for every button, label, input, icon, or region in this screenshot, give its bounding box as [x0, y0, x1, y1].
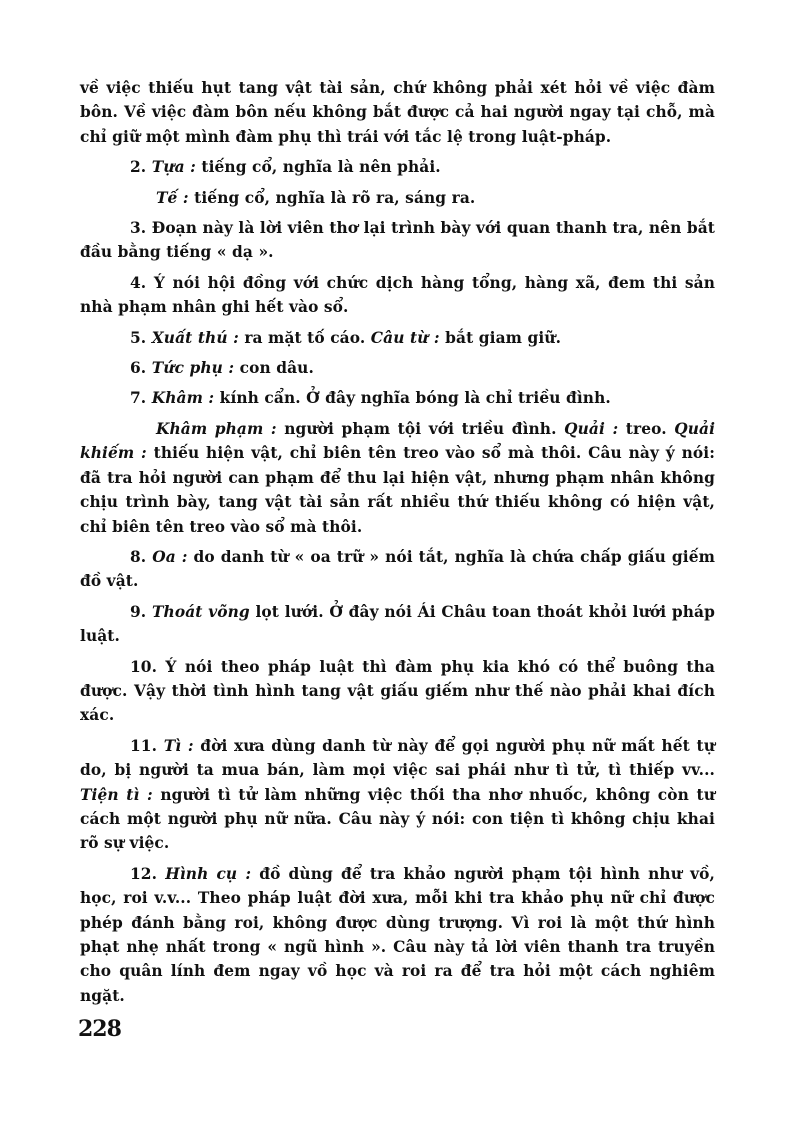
note-number: 2. [130, 158, 146, 176]
note-term: Khâm phạm : [156, 420, 277, 438]
note-number: 8. [130, 548, 146, 566]
note-term: Oa : [152, 548, 187, 566]
note-text: tiếng cổ, nghĩa là rõ ra, sáng ra. [189, 189, 476, 207]
note-term: Tế : [156, 189, 189, 207]
note-text-2: treo. [618, 420, 674, 438]
note-text-2: người tì tử làm những việc thối tha nhơ … [80, 786, 715, 853]
note-term-2: Tiện tì : [80, 786, 153, 804]
note-term: Tì : [164, 737, 194, 755]
note-text: con dâu. [234, 359, 314, 377]
note-12: 12. Hình cụ : đồ dùng để tra khảo người … [80, 862, 715, 1008]
note-number: 7. [130, 389, 146, 407]
note-text-2: bắt giam giữ. [440, 329, 561, 347]
note-number: 10. [130, 658, 157, 676]
note-3: 3. Đoạn này là lời viên thơ lại trình bà… [80, 216, 715, 265]
note-9: 9. Thoát võng lọt lưới. Ở đây nói Ái Châ… [80, 600, 715, 649]
note-6: 6. Tức phụ : con dâu. [80, 356, 715, 380]
note-number: 12. [130, 865, 157, 883]
note-2-sub: Tế : tiếng cổ, nghĩa là rõ ra, sáng ra. [80, 186, 715, 210]
note-text: Đoạn này là lời viên thơ lại trình bày v… [80, 219, 715, 261]
page-number: 228 [78, 1016, 121, 1042]
note-4: 4. Ý nói hội đồng với chức dịch hàng tổn… [80, 271, 715, 320]
note-7-sub: Khâm phạm : người phạm tội với triều đìn… [80, 417, 715, 539]
continued-paragraph: về việc thiếu hụt tang vật tài sản, chứ … [80, 76, 715, 149]
note-number: 4. [130, 274, 146, 292]
note-term: Thoát võng [152, 603, 250, 621]
note-term-2: Quải : [564, 420, 618, 438]
note-10: 10. Ý nói theo pháp luật thì đàm phụ kia… [80, 655, 715, 728]
note-11: 11. Tì : đời xưa dùng danh từ này để gọi… [80, 734, 715, 856]
note-number: 3. [130, 219, 146, 237]
note-number: 5. [130, 329, 146, 347]
note-text-3: thiếu hiện vật, chỉ biên tên treo vào sổ… [80, 444, 715, 535]
note-term: Hình cụ : [165, 865, 251, 883]
note-7: 7. Khâm : kính cẩn. Ở đây nghĩa bóng là … [80, 386, 715, 410]
note-5: 5. Xuất thú : ra mặt tố cáo. Câu từ : bắ… [80, 326, 715, 350]
note-text: Ý nói hội đồng với chức dịch hàng tổng, … [80, 274, 715, 316]
note-term-2: Câu từ : [371, 329, 440, 347]
note-text: đồ dùng để tra khảo người phạm tội hình … [80, 865, 715, 1005]
note-text: tiếng cổ, nghĩa là nên phải. [196, 158, 441, 176]
note-number: 9. [130, 603, 146, 621]
note-number: 6. [130, 359, 146, 377]
note-text: Ý nói theo pháp luật thì đàm phụ kia khó… [80, 658, 715, 725]
book-page-body: về việc thiếu hụt tang vật tài sản, chứ … [80, 76, 715, 1014]
note-8: 8. Oa : do danh từ « oa trữ » nói tắt, n… [80, 545, 715, 594]
note-text: người phạm tội với triều đình. [277, 420, 564, 438]
note-text: ra mặt tố cáo. [239, 329, 371, 347]
paragraph-text: về việc thiếu hụt tang vật tài sản, chứ … [80, 79, 715, 146]
note-term: Khâm : [152, 389, 214, 407]
note-number: 11. [130, 737, 157, 755]
note-term: Tựa : [152, 158, 196, 176]
note-term: Xuất thú : [152, 329, 239, 347]
note-2: 2. Tựa : tiếng cổ, nghĩa là nên phải. [80, 155, 715, 179]
note-term: Tức phụ : [152, 359, 234, 377]
note-text: kính cẩn. Ở đây nghĩa bóng là chỉ triều … [214, 389, 611, 407]
